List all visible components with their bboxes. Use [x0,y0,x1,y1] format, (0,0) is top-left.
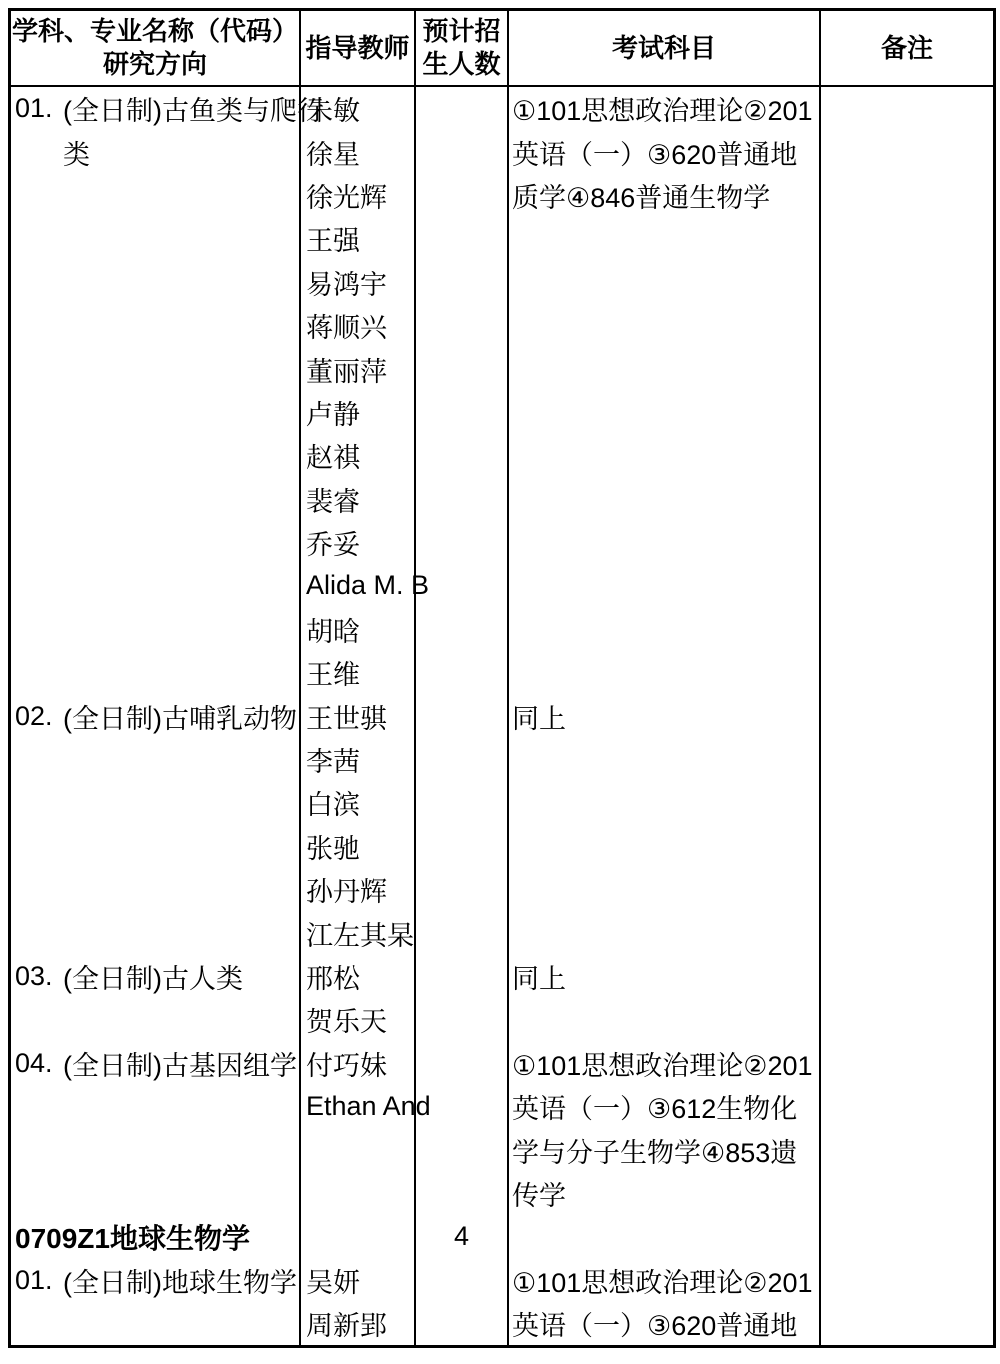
direction-text: (全日制)古哺乳动物 [63,697,297,736]
exam-subjects-line: 传学 [509,1172,819,1215]
cell-subject: 02.(全日制)古哺乳动物 [11,694,301,954]
cell-exam: ①101思想政治理论②201英语（一）③620普通地 [509,1259,821,1346]
advisor-name: 张驰 [301,825,414,868]
exam-subjects-line: ①101思想政治理论②201 [509,1042,819,1085]
exam-subjects-line: ①101思想政治理论②201 [509,87,819,130]
advisor-name: 王世骐 [301,694,414,737]
exam-subjects-line: 质学④846普通生物学 [509,174,819,217]
advisor-name: 董丽萍 [301,347,414,390]
advisor-name: 徐星 [301,130,414,173]
cell-exam: 同上 [509,955,821,1042]
table-row: 02.(全日制)古哺乳动物王世骐李茜白滨张驰孙丹辉江左其杲同上 [11,694,993,954]
exam-subjects-line: 同上 [509,955,819,998]
cell-subject: 04.(全日制)古基因组学 [11,1042,301,1216]
advisor-name: 孙丹辉 [301,868,414,911]
advisor-name: 朱敏 [301,87,414,130]
direction-number: 01. [15,93,63,124]
table-header-row: 学科、专业名称（代码） 研究方向 指导教师 预计招 生人数 考试科目 备注 [11,11,993,87]
advisor-name: 周新郢 [301,1302,414,1345]
enrollment-value: 4 [416,1215,507,1258]
direction-number: 01. [15,1265,63,1296]
cell-exam: 同上 [509,694,821,954]
advisor-name: 吴妍 [301,1259,414,1302]
cell-subject: 01.(全日制)古鱼类与爬行类 [11,87,301,694]
header-subject-line1: 学科、专业名称（代码） [12,15,298,48]
document-page: { "page": { "background": "#ffffff", "te… [0,0,1000,1364]
table-row: 04.(全日制)古基因组学付巧妹Ethan And①101思想政治理论②201英… [11,1042,993,1216]
direction-line-cont: 类 [11,130,299,173]
exam-subjects-line: ①101思想政治理论②201 [509,1259,819,1302]
advisor-name: 易鸿宇 [301,261,414,304]
cell-exam: ①101思想政治理论②201英语（一）③620普通地质学④846普通生物学 [509,87,821,694]
table-row: 03.(全日制)古人类邢松贺乐天同上 [11,955,993,1042]
direction-number: 04. [15,1048,63,1079]
direction-text: (全日制)古基因组学 [63,1044,297,1083]
cell-exam: ①101思想政治理论②201英语（一）③612生物化学与分子生物学④853遗传学 [509,1042,821,1216]
cell-enrollment [416,87,509,694]
exam-subjects-line: 英语（一）③612生物化 [509,1085,819,1128]
header-cell-enrollment: 预计招 生人数 [416,11,509,85]
cell-enrollment [416,694,509,954]
direction-line: 03.(全日制)古人类 [11,955,299,998]
cell-advisors: 王世骐李茜白滨张驰孙丹辉江左其杲 [301,694,416,954]
advisor-name: 胡晗 [301,608,414,651]
advisor-name: 白滨 [301,781,414,824]
cell-note [821,694,993,954]
table-body: 01.(全日制)古鱼类与爬行类朱敏徐星徐光辉王强易鸿宇蒋顺兴董丽萍卢静赵祺裴睿乔… [11,87,993,1345]
direction-text: (全日制)地球生物学 [63,1261,297,1300]
advisor-name: 付巧妹 [301,1042,414,1085]
direction-text: 类 [63,133,90,172]
cell-enrollment [416,1042,509,1216]
table-row: 0709Z1地球生物学4 [11,1215,993,1258]
cell-advisors: 朱敏徐星徐光辉王强易鸿宇蒋顺兴董丽萍卢静赵祺裴睿乔妥Alida M. B胡晗王维 [301,87,416,694]
direction-number: 02. [15,701,63,732]
cell-advisors: 付巧妹Ethan And [301,1042,416,1216]
advisor-name: Alida M. B [301,564,414,607]
header-subject-line2: 研究方向 [103,48,207,81]
advisor-name: 赵祺 [301,434,414,477]
exam-subjects-line: 学与分子生物学④853遗 [509,1128,819,1171]
table-row: 01.(全日制)地球生物学吴妍周新郢①101思想政治理论②201英语（一）③62… [11,1259,993,1346]
advisor-name: Ethan And [301,1085,414,1128]
direction-line: 04.(全日制)古基因组学 [11,1042,299,1085]
cell-exam [509,1215,821,1258]
advisor-name: 裴睿 [301,478,414,521]
cell-note [821,87,993,694]
header-advisor-label: 指导教师 [305,32,409,65]
direction-line: 02.(全日制)古哺乳动物 [11,694,299,737]
direction-line: 01.(全日制)古鱼类与爬行 [11,87,299,130]
cell-advisors [301,1215,416,1258]
advisor-name: 江左其杲 [301,911,414,954]
advisor-name: 李茜 [301,738,414,781]
section-heading: 0709Z1地球生物学 [11,1215,299,1258]
header-cell-note: 备注 [821,11,993,85]
advisor-name: 王维 [301,651,414,694]
cell-enrollment: 4 [416,1215,509,1258]
cell-note [821,1042,993,1216]
table-row: 01.(全日制)古鱼类与爬行类朱敏徐星徐光辉王强易鸿宇蒋顺兴董丽萍卢静赵祺裴睿乔… [11,87,993,694]
admissions-table: 学科、专业名称（代码） 研究方向 指导教师 预计招 生人数 考试科目 备注 01… [8,8,996,1348]
advisor-name: 乔妥 [301,521,414,564]
advisor-name: 王强 [301,217,414,260]
advisor-name: 邢松 [301,955,414,998]
cell-advisors: 吴妍周新郢 [301,1259,416,1346]
cell-advisors: 邢松贺乐天 [301,955,416,1042]
cell-enrollment [416,955,509,1042]
direction-line: 01.(全日制)地球生物学 [11,1259,299,1302]
header-cell-exam: 考试科目 [509,11,821,85]
cell-subject: 0709Z1地球生物学 [11,1215,301,1258]
header-enrollment-line1: 预计招 [422,15,500,48]
exam-subjects-line: 同上 [509,694,819,737]
exam-subjects-line: 英语（一）③620普通地 [509,130,819,173]
direction-number: 03. [15,961,63,992]
header-exam-label: 考试科目 [612,32,716,65]
cell-subject: 01.(全日制)地球生物学 [11,1259,301,1346]
cell-note [821,1259,993,1346]
advisor-name: 卢静 [301,391,414,434]
header-enrollment-line2: 生人数 [422,48,500,81]
advisor-name: 徐光辉 [301,174,414,217]
exam-subjects-line: 英语（一）③620普通地 [509,1302,819,1345]
cell-subject: 03.(全日制)古人类 [11,955,301,1042]
advisor-name: 蒋顺兴 [301,304,414,347]
direction-text: (全日制)古鱼类与爬行 [63,89,324,128]
direction-text: (全日制)古人类 [63,957,243,996]
cell-note [821,955,993,1042]
cell-enrollment [416,1259,509,1346]
header-cell-advisor: 指导教师 [301,11,416,85]
cell-note [821,1215,993,1258]
header-cell-subject: 学科、专业名称（代码） 研究方向 [11,11,301,85]
advisor-name: 贺乐天 [301,998,414,1041]
header-note-label: 备注 [881,32,933,65]
